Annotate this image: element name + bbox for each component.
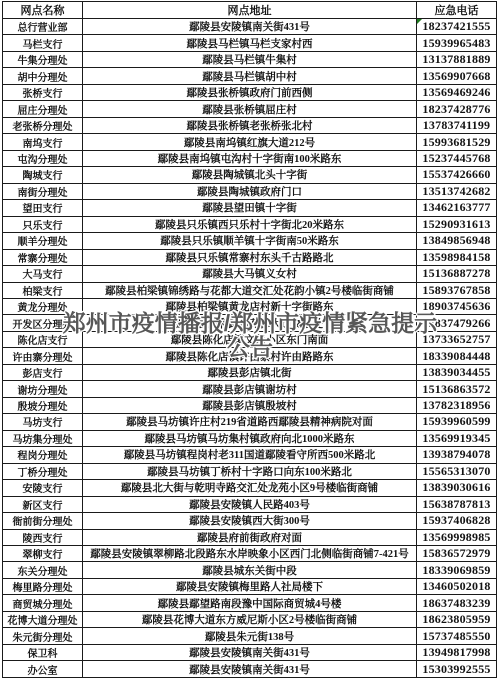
branch-address-cell: 鄢陵县望田镇十字街 [83, 200, 417, 216]
table-row: 彭店支行鄢陵县彭店镇北街13839034455 [3, 364, 497, 380]
emergency-phone-cell: 15737485550 [417, 628, 497, 644]
table-row: 东关分理处鄢陵县城东关街中段18339069859 [3, 562, 497, 578]
branch-address-cell: 鄢陵县马栏镇马栏支家村西 [83, 35, 417, 51]
branch-name-cell: 开发区分理处 [3, 315, 83, 331]
branch-contact-sheet: 网点名称 网点地址 应急电话 总行营业部鄢陵县安陵镇南关街431号1823742… [0, 0, 500, 679]
emergency-phone-cell: 15836572979 [417, 546, 497, 562]
branch-name-cell: 安陵支行 [3, 480, 83, 496]
emergency-phone-cell: 18903745636 [417, 298, 497, 314]
emergency-phone-cell: 13569907668 [417, 68, 497, 84]
emergency-phone-cell: 15893767858 [417, 282, 497, 298]
branch-address-cell: 鄢陵县安陵镇翠柳路北段路东水岸映象小区西门北侧临街商铺7-421号 [83, 546, 417, 562]
table-row: 商贸城分理处鄢陵县鄢望路南段豫中国际商贸城4号楼18637483239 [3, 595, 497, 611]
branch-address-cell: 鄢陵县马坊镇许庄村219省道路西鄢陵县精神病院对面 [83, 414, 417, 430]
branch-name-cell: 办公室 [3, 661, 83, 678]
table-row: 殷坡分理处鄢陵县彭店镇殷坡村13782318956 [3, 397, 497, 413]
branch-address-cell: 鄢陵县马栏镇牛集村 [83, 51, 417, 67]
branch-address-cell: 鄢陵县马栏镇胡中村 [83, 68, 417, 84]
branch-address-cell: 鄢陵县北大街与乾明寺路交汇处龙苑小区9号楼临街商铺 [83, 480, 417, 496]
branch-address-cell: 鄢陵县安陵镇南关街431号 [83, 644, 417, 660]
branch-name-cell: 衙前街分理处 [3, 513, 83, 529]
branch-name-cell: 东关分理处 [3, 562, 83, 578]
branch-address-cell: 鄢陵县鄢望路南段豫中国际商贸城4号楼 [83, 595, 417, 611]
emergency-phone-cell: 13849856948 [417, 233, 497, 249]
branch-name-cell: 保卫科 [3, 644, 83, 660]
branch-name-cell: 顺羊分理处 [3, 233, 83, 249]
table-row: 常寨分理处鄢陵县只乐镇常寨村东头千古路路北13598984158 [3, 249, 497, 265]
branch-name-cell: 商贸城分理处 [3, 595, 83, 611]
branch-address-cell: 鄢陵县陶城镇政府门口 [83, 183, 417, 199]
emergency-phone-cell: 15638787813 [417, 496, 497, 512]
table-row: 马坊集分理处鄢陵县马坊镇马坊集村镇政府向北1000米路东13569919345 [3, 430, 497, 446]
branch-name-cell: 南街分理处 [3, 183, 83, 199]
branch-address-cell: 鄢陵县安陵镇人民路403号 [83, 496, 417, 512]
branch-name-cell: 马栏支行 [3, 35, 83, 51]
branch-address-cell: 鄢陵县彭店镇殷坡村 [83, 397, 417, 413]
emergency-phone-cell: 13569919345 [417, 430, 497, 446]
table-row: 保卫科鄢陵县安陵镇南关街431号13949817998 [3, 644, 497, 660]
branch-address-cell: 鄢陵县花博大道东方威尼斯小区2号楼临街商铺 [83, 611, 417, 627]
table-row: 老张桥分理处鄢陵县张桥镇老张桥张北村13783741199 [3, 117, 497, 133]
branch-name-cell: 常寨分理处 [3, 249, 83, 265]
table-row: 陈化店支行鄢陵县陈化店镇文苑小区东门南面13733652757 [3, 331, 497, 347]
table-row: 南坞支行鄢陵县南坞镇红旗大道212号15993681529 [3, 134, 497, 150]
emergency-phone-cell: 13783741199 [417, 117, 497, 133]
emergency-phone-cell: 13938794078 [417, 447, 497, 463]
branch-name-cell: 陈化店支行 [3, 331, 83, 347]
table-row: 许由寨分理处鄢陵县陈化店镇许由寨村许由路路东18339084448 [3, 348, 497, 364]
branch-address-cell: 鄢陵县柏梁镇锦绣路与花都大道交汇处花韵小镇2号楼临街商铺 [83, 282, 417, 298]
branch-name-cell: 程岗分理处 [3, 447, 83, 463]
emergency-phone-cell: 15939965483 [417, 35, 497, 51]
emergency-phone-cell: 13733652757 [417, 331, 497, 347]
emergency-phone-cell: 15136863572 [417, 381, 497, 397]
table-row: 黄龙分理处鄢陵县柏梁镇黄龙店村新十字街路东18903745636 [3, 298, 497, 314]
emergency-phone-cell: 13598984158 [417, 249, 497, 265]
table-row: 望田支行鄢陵县望田镇十字街13462163777 [3, 200, 497, 216]
table-row: 大马支行鄢陵县大马镇义女村15136887278 [3, 266, 497, 282]
branch-name-cell: 牛集分理处 [3, 51, 83, 67]
branch-address-cell: 鄢陵县马坊镇马坊集村镇政府向北1000米路东 [83, 430, 417, 446]
branch-name-cell: 张桥支行 [3, 84, 83, 100]
branch-address-cell: 鄢陵县陈化店镇许由寨村许由路路东 [83, 348, 417, 364]
branch-name-cell: 柏梁支行 [3, 282, 83, 298]
branch-address-cell: 鄢陵县安陵镇梅里路人社局楼下 [83, 578, 417, 594]
branch-name-cell: 翠柳支行 [3, 546, 83, 562]
branch-address-cell: 鄢陵县只乐镇西只乐村十字街北20米路东 [83, 216, 417, 232]
table-row: 柏梁支行鄢陵县柏梁镇锦绣路与花都大道交汇处花韵小镇2号楼临街商铺15893767… [3, 282, 497, 298]
branch-address-cell: 鄢陵县胜利路与花都大道交汇处 [83, 315, 417, 331]
emergency-phone-cell: 13462163777 [417, 200, 497, 216]
branch-name-cell: 梅里路分理处 [3, 578, 83, 594]
table-row: 马栏支行鄢陵县马栏镇马栏支家村西15939965483 [3, 35, 497, 51]
branch-name-cell: 老张桥分理处 [3, 117, 83, 133]
table-row: 花博大道分理处鄢陵县花博大道东方威尼斯小区2号楼临街商铺18623805959 [3, 611, 497, 627]
emergency-phone-cell: 15303992555 [417, 661, 497, 678]
emergency-phone-cell: 15290931613 [417, 216, 497, 232]
table-row: 衙前街分理处鄢陵县安陵镇西大街300号15937406828 [3, 513, 497, 529]
emergency-phone-cell: 15537426660 [417, 167, 497, 183]
branch-address-cell: 鄢陵县陈化店镇文苑小区东门南面 [83, 331, 417, 347]
branch-name-cell: 新区支行 [3, 496, 83, 512]
emergency-phone-cell: 15237445768 [417, 150, 497, 166]
emergency-phone-cell: 15937406828 [417, 513, 497, 529]
table-row: 朱元街分理处鄢陵县朱元街138号15737485550 [3, 628, 497, 644]
table-row: 只乐支行鄢陵县只乐镇西只乐村十字街北20米路东15290931613 [3, 216, 497, 232]
branch-name-cell: 陶城支行 [3, 167, 83, 183]
branch-address-cell: 鄢陵县张桥镇屈庄村 [83, 101, 417, 117]
branch-address-cell: 鄢陵县朱元街138号 [83, 628, 417, 644]
table-row: 程岗分理处鄢陵县马坊镇程岗村老311国道鄢陵看守所西500米路北13938794… [3, 447, 497, 463]
table-row: 屯沟分理处鄢陵县南坞镇屯沟村十字街南100米路东15237445768 [3, 150, 497, 166]
branch-address-cell: 鄢陵县南坞镇红旗大道212号 [83, 134, 417, 150]
branch-name-cell: 只乐支行 [3, 216, 83, 232]
emergency-phone-cell: 15136887278 [417, 266, 497, 282]
branch-name-cell: 许由寨分理处 [3, 348, 83, 364]
emergency-phone-cell: 18237421555 [417, 19, 497, 35]
header-row: 网点名称 网点地址 应急电话 [3, 2, 497, 19]
cell-comment-marker-icon [417, 19, 422, 24]
branch-address-cell: 鄢陵县大马镇义女村 [83, 266, 417, 282]
branch-address-cell: 鄢陵县安陵镇南关街431号 [83, 19, 417, 35]
emergency-phone-cell: 13460502018 [417, 578, 497, 594]
branch-name-cell: 南坞支行 [3, 134, 83, 150]
table-row: 南街分理处鄢陵县陶城镇政府门口13513742682 [3, 183, 497, 199]
branch-name-cell: 陵西支行 [3, 529, 83, 545]
branch-address-cell: 鄢陵县陶城镇北头十字街 [83, 167, 417, 183]
emergency-phone-cell: 13569998985 [417, 529, 497, 545]
table-row: 总行营业部鄢陵县安陵镇南关街431号18237421555 [3, 19, 497, 35]
branch-address-cell: 鄢陵县彭店镇谢坊村 [83, 381, 417, 397]
branch-name-cell: 胡中分理处 [3, 68, 83, 84]
table-row: 新区支行鄢陵县安陵镇人民路403号15638787813 [3, 496, 497, 512]
header-emergency-phone: 应急电话 [417, 2, 497, 19]
table-row: 开发区分理处鄢陵县胜利路与花都大道交汇处13837479266 [3, 315, 497, 331]
branch-address-cell: 鄢陵县马坊镇丁桥村十字路口向东100米路北 [83, 463, 417, 479]
emergency-phone-cell: 13569469246 [417, 84, 497, 100]
branch-name-cell: 殷坡分理处 [3, 397, 83, 413]
branch-address-cell: 鄢陵县安陵镇西大街300号 [83, 513, 417, 529]
branch-address-cell: 鄢陵县城东关街中段 [83, 562, 417, 578]
table-row: 顺羊分理处鄢陵县只乐镇顺羊镇十字街南50米路东13849856948 [3, 233, 497, 249]
emergency-phone-cell: 13837479266 [417, 315, 497, 331]
branch-name-cell: 谢坊分理处 [3, 381, 83, 397]
emergency-phone-cell: 15993681529 [417, 134, 497, 150]
emergency-phone-cell: 18339084448 [417, 348, 497, 364]
table-row: 梅里路分理处鄢陵县安陵镇梅里路人社局楼下13460502018 [3, 578, 497, 594]
branch-address-cell: 鄢陵县马坊镇程岗村老311国道鄢陵看守所西500米路北 [83, 447, 417, 463]
branch-name-cell: 黄龙分理处 [3, 298, 83, 314]
table-row: 安陵支行鄢陵县北大街与乾明寺路交汇处龙苑小区9号楼临街商铺13839030616 [3, 480, 497, 496]
table-header: 网点名称 网点地址 应急电话 [3, 2, 497, 19]
branch-address-cell: 鄢陵县张桥镇老张桥张北村 [83, 117, 417, 133]
branch-address-cell: 鄢陵县南坞镇屯沟村十字街南100米路东 [83, 150, 417, 166]
emergency-phone-cell: 18637483239 [417, 595, 497, 611]
branch-name-cell: 彭店支行 [3, 364, 83, 380]
table-row: 办公室鄢陵县安陵镇南关街431号15303992555 [3, 661, 497, 678]
table-row: 陵西支行鄢陵县府前街政府对面13569998985 [3, 529, 497, 545]
emergency-phone-cell: 13839034455 [417, 364, 497, 380]
emergency-phone-cell: 13513742682 [417, 183, 497, 199]
table-row: 屈庄分理处鄢陵县张桥镇屈庄村18237428776 [3, 101, 497, 117]
header-branch-address: 网点地址 [83, 2, 417, 19]
branch-address-cell: 鄢陵县张桥镇政府门前西侧 [83, 84, 417, 100]
emergency-phone-cell: 13949817998 [417, 644, 497, 660]
table-row: 陶城支行鄢陵县陶城镇北头十字街15537426660 [3, 167, 497, 183]
emergency-phone-cell: 13782318956 [417, 397, 497, 413]
branch-name-cell: 马坊集分理处 [3, 430, 83, 446]
emergency-phone-cell: 13839030616 [417, 480, 497, 496]
table-row: 牛集分理处鄢陵县马栏镇牛集村13137881889 [3, 51, 497, 67]
branch-address-cell: 鄢陵县只乐镇常寨村东头千古路路北 [83, 249, 417, 265]
branch-address-cell: 鄢陵县彭店镇北街 [83, 364, 417, 380]
table-row: 马坊支行鄢陵县马坊镇许庄村219省道路西鄢陵县精神病院对面15939960599 [3, 414, 497, 430]
emergency-phone-cell: 18237428776 [417, 101, 497, 117]
branch-name-cell: 屈庄分理处 [3, 101, 83, 117]
branch-address-cell: 鄢陵县府前街政府对面 [83, 529, 417, 545]
branch-name-cell: 大马支行 [3, 266, 83, 282]
emergency-phone-cell: 13137881889 [417, 51, 497, 67]
emergency-phone-cell: 18623805959 [417, 611, 497, 627]
branch-name-cell: 朱元街分理处 [3, 628, 83, 644]
branch-name-cell: 丁桥分理处 [3, 463, 83, 479]
table-body: 总行营业部鄢陵县安陵镇南关街431号18237421555马栏支行鄢陵县马栏镇马… [3, 19, 497, 678]
branch-contact-table: 网点名称 网点地址 应急电话 总行营业部鄢陵县安陵镇南关街431号1823742… [2, 1, 497, 678]
table-row: 胡中分理处鄢陵县马栏镇胡中村13569907668 [3, 68, 497, 84]
branch-name-cell: 屯沟分理处 [3, 150, 83, 166]
emergency-phone-cell: 15939960599 [417, 414, 497, 430]
branch-name-cell: 望田支行 [3, 200, 83, 216]
branch-name-cell: 总行营业部 [3, 19, 83, 35]
emergency-phone-cell: 15565313070 [417, 463, 497, 479]
branch-address-cell: 鄢陵县柏梁镇黄龙店村新十字街路东 [83, 298, 417, 314]
table-row: 丁桥分理处鄢陵县马坊镇丁桥村十字路口向东100米路北15565313070 [3, 463, 497, 479]
branch-address-cell: 鄢陵县只乐镇顺羊镇十字街南50米路东 [83, 233, 417, 249]
header-branch-name: 网点名称 [3, 2, 83, 19]
branch-name-cell: 马坊支行 [3, 414, 83, 430]
table-row: 谢坊分理处鄢陵县彭店镇谢坊村15136863572 [3, 381, 497, 397]
table-row: 翠柳支行鄢陵县安陵镇翠柳路北段路东水岸映象小区西门北侧临街商铺7-421号158… [3, 546, 497, 562]
branch-name-cell: 花博大道分理处 [3, 611, 83, 627]
emergency-phone-cell: 18339069859 [417, 562, 497, 578]
table-row: 张桥支行鄢陵县张桥镇政府门前西侧13569469246 [3, 84, 497, 100]
branch-address-cell: 鄢陵县安陵镇南关街431号 [83, 661, 417, 678]
